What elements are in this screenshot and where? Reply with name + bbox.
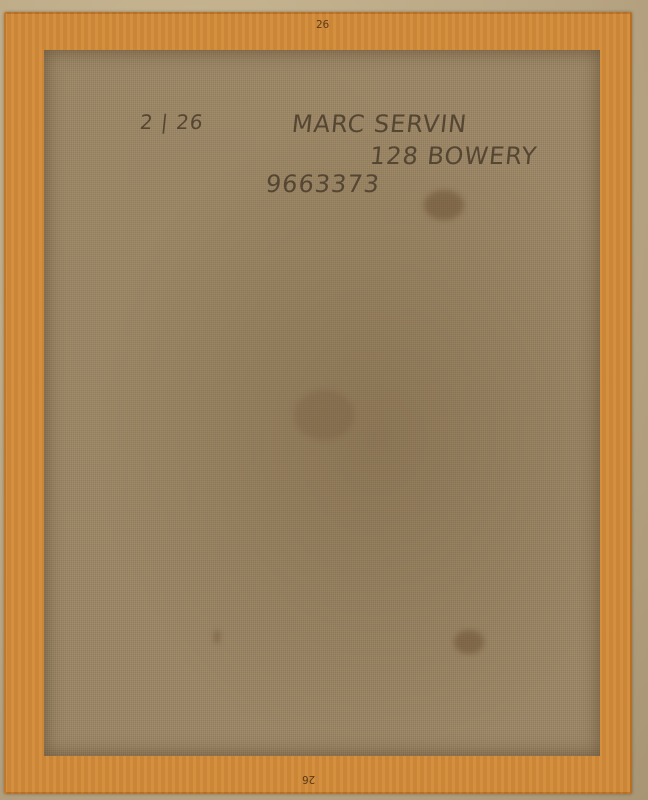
stain (424, 190, 464, 220)
stain (294, 390, 354, 440)
inscription-phone: 9663373 (265, 170, 382, 198)
inscription-address: 128 BOWERY (369, 142, 539, 170)
stain (454, 630, 484, 654)
stretcher-mark-bottom: 26 (302, 773, 315, 786)
stain (214, 630, 220, 644)
stretcher-mark-top: 26 (316, 18, 329, 31)
inscription-mark: 2 | 26 (139, 110, 205, 134)
inscription-artist-name: MARC SERVIN (291, 110, 469, 138)
